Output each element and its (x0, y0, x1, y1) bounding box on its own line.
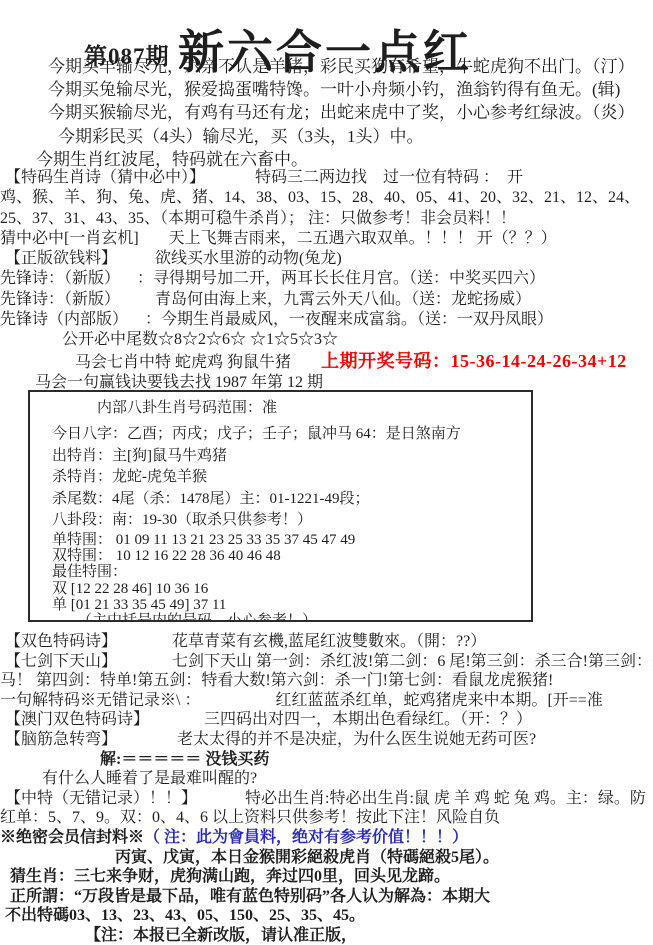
one-zodiac-line: 猜中必中[一肖玄机]天上飞舞吉雨来，二五遇六取双单。！！！ 开（？？） (0, 229, 653, 249)
section-text: 花草青菜有玄機,蓝尾红波雙數來。（開：??） (172, 633, 486, 650)
bagua-row: 最佳特围： (30, 564, 531, 580)
section-label: 先锋诗：（新版） (0, 270, 112, 287)
bagua-row: 单 [01 21 33 35 45 49] 37 11 (30, 597, 531, 613)
bagua-row: 杀特肖：龙蛇-虎兔羊猴 (30, 467, 531, 489)
section-text: 欲线买水里游的动物(兔龙) (155, 250, 342, 267)
riddle-question-2: 有什么人睡着了是最难叫醒的? (0, 769, 653, 789)
special-zodiac-poem-heading: 【特码生肖诗（猜中必中）】特码三二两边找 过一位有特码 ： 开 (0, 168, 653, 188)
bagua-box-title: 内部八卦生肖号码范围：准 (30, 398, 531, 418)
tip-line: 今期买羊输尽光，六亲不认是羊猪，彩民买狗有希望，牛蛇虎狗不出门。（汀） (0, 55, 653, 78)
bagua-row: 八卦段：南：19-30（取杀只供参考！） (30, 510, 531, 532)
section-text: 红红蓝蓝杀红单，蛇鸡猪虎来中本期。[开==准 (275, 692, 602, 709)
bagua-row-note: （主中括号内的号码，小心参考！） (30, 613, 531, 622)
member-note: （ 注：此为會員料，绝对有参考价值！！！） (144, 829, 468, 846)
one-sentence-line: 一句解特码※无错记录※\ ：红红蓝蓝杀红单，蛇鸡猪虎来中本期。[开==准 (0, 691, 653, 711)
section-text: ：寻得期号加二开，两耳长长住月宫。（送：中奖买四六） (137, 270, 545, 287)
section-text: 特必出生肖:特必出生肖:鼠 虎 羊 鸡 蛇 兔 鸡。主：绿。防 (245, 790, 646, 807)
middle-section: 【特码生肖诗（猜中必中）】特码三二两边找 过一位有特码 ： 开 鸡、猴、羊、狗、… (0, 168, 653, 393)
bagua-row: 出特肖：主[狗]鼠马牛鸡猪 (30, 446, 531, 468)
pioneer-poem-line: 先锋诗：（新版）：寻得期号加二开，两耳长长住月宫。（送：中奖买四六） (0, 269, 653, 289)
lower-section: 【双色特码诗】花草青菜有玄機,蓝尾红波雙數來。（開：??） 【七剑下天山】七剑下… (0, 632, 653, 945)
riddle-line: 【脑筋急转弯】老太太得的并不是决症，为什么医生说她无药可医? (0, 730, 653, 750)
section-text: 天上飞舞吉雨来，二五遇六取双单。！！！ 开（？？） (169, 230, 557, 247)
member-label: ※绝密会员信封料※ (0, 829, 144, 846)
section-label: 【正版欲钱料】 (5, 250, 117, 267)
section-label: 先锋诗（内部版） (0, 311, 120, 328)
zhongte-continued: 红单：5、7、9。双：0、4、6 以上资料只供参考！按此下注！风险自负 (0, 808, 653, 828)
section-label: 【双色特码诗】 (5, 633, 117, 650)
bottom-note: 【注：本报已全新改版，请认准正版， (0, 926, 653, 945)
riddle-question: 老太太得的并不是决症，为什么医生说她无药可医? (177, 731, 536, 748)
riddle-answer: 解:＝＝＝＝＝ 没钱买药 (0, 750, 653, 770)
section-text: 三四码出对四一，本期出色看绿红。（开：？） (204, 711, 532, 728)
two-color-poem-line: 【双色特码诗】花草青菜有玄機,蓝尾红波雙數來。（開：??） (0, 632, 653, 652)
seven-swords-continued: 马！ 第四剑：特单!第五剑：特看大数!第六剑：杀一门!第七剑：看鼠龙虎猴猪! (0, 671, 653, 691)
section-label: 【七剑下天山】 (5, 653, 117, 670)
member-envelope-line: ※绝密会员信封料※（ 注：此为會員料，绝对有参考价值！！！） (0, 828, 653, 848)
last-draw-label: 上期开奖号码： (321, 351, 451, 371)
seven-swords-line: 【七剑下天山】七剑下天山 第一剑：杀红波!第二剑：6 尾!第三剑：杀三合!第三剑… (0, 652, 653, 672)
yuqian-line: 【正版欲钱料】欲线买水里游的动物(兔龙) (0, 249, 653, 269)
tip-line: 今期买兔输尽光，猴爱捣蛋嘴特馋。一叶小舟频小钓，渔翁钓得有鱼无。(辑) (0, 78, 653, 101)
zodiac-number-row: 25、37、31、43、35、（本期可稳牛杀肖）； 注：只做参考！非会员料！！ (0, 209, 653, 229)
bottom-line: 丙寅、戊寅，本日金猴開彩絕殺虎肖（特碼絕殺5尾）。 (0, 848, 653, 868)
zodiac-number-row: 鸡、猴、羊、狗、兔、虎、猪、14、38、03、15、28、40、05、41、20… (0, 188, 653, 208)
macau-poem-line: 【澳门双色特码诗】三四码出对四一，本期出色看绿红。（开：？） (0, 710, 653, 730)
seven-zodiac-line: 马会七肖中特 蛇虎鸡 狗鼠牛猪上期开奖号码：15-36-14-24-26-34+… (0, 351, 653, 373)
tip-poems: 今期买羊输尽光，六亲不认是羊猪，彩民买狗有希望，牛蛇虎狗不出门。（汀） 今期买兔… (0, 55, 653, 171)
bottom-line: 正所謂：“万段皆是最下品，唯有蓝色特别码”各人认为解為：本期大 (0, 887, 653, 907)
bagua-row: 今日八字：乙酉；丙戌；戊子；壬子；鼠冲马 64：是日煞南方 (30, 424, 531, 446)
seven-zodiac-text: 马会七肖中特 蛇虎鸡 狗鼠牛猪 (75, 354, 291, 371)
section-label: 【中特（无错记录）！！】 (5, 790, 197, 807)
section-label: 【特码生肖诗（猜中必中）】 (5, 169, 205, 186)
tip-line: 今期买猴输尽光，有鸡有马还有龙；出蛇来虎中了奖，小心参考红绿波。（炎） (0, 101, 653, 124)
section-label: 【澳门双色特码诗】 (5, 711, 149, 728)
lottery-tip-sheet: 第087期 新六合一点红 今期买羊输尽光，六亲不认是羊猪，彩民买狗有希望，牛蛇虎… (0, 0, 653, 945)
bagua-row: 杀尾数：4尾（杀：1478尾）主：01-1221-49段； (30, 489, 531, 511)
section-text: 青岛何由海上来，九霄云外天八仙。（送：龙蛇扬威） (155, 291, 531, 308)
tip-line: 今期彩民买（4头）输尽光，买（3头，1头）中。 (0, 125, 653, 148)
section-text: 七剑下天山 第一剑：杀红波!第二剑：6 尾!第三剑：杀三合!第三剑：杀 (172, 653, 653, 670)
section-label: 【脑筋急转弯】 (5, 731, 117, 748)
section-text: ：今期生肖最威风，一夜醒来成富翁。（送：一双丹凤眼） (145, 311, 553, 328)
zhongte-line: 【中特（无错记录）！！】特必出生肖:特必出生肖:鼠 虎 羊 鸡 蛇 兔 鸡。主：… (0, 789, 653, 809)
pioneer-poem-line: 先锋诗（内部版）：今期生肖最威风，一夜醒来成富翁。（送：一双丹凤眼） (0, 310, 653, 330)
bagua-box: 内部八卦生肖号码范围：准 今日八字：乙酉；丙戌；戊子；壬子；鼠冲马 64：是日煞… (28, 390, 533, 622)
section-label: 一句解特码※无错记录※\ ： (0, 692, 200, 709)
bagua-row: 单特围： 01 09 11 13 21 23 25 33 35 37 45 47… (30, 532, 531, 548)
last-draw-numbers: 15-36-14-24-26-34+12 (451, 351, 627, 371)
bagua-row: 双特围： 10 12 16 22 28 36 40 46 48 (30, 548, 531, 564)
section-text: 特码三二两边找 过一位有特码 ： 开 (255, 169, 523, 186)
section-label: 先锋诗：（新版） (0, 291, 120, 308)
section-label: 猜中必中[一肖玄机] (0, 230, 139, 247)
bottom-line: 猜生肖：三七来争财，虎狗满山跑，奔过四0里，回头见龙蹄。 (0, 867, 653, 887)
bagua-row: 双 [12 22 28 46] 10 36 16 (30, 581, 531, 597)
bottom-line: 不出特碼03、13、23、43、05、150、25、35、45。 (0, 906, 653, 926)
tail-numbers-line: 公开必中尾数☆8☆2☆6☆ ☆1☆5☆3☆ (0, 330, 653, 350)
pioneer-poem-line: 先锋诗：（新版）青岛何由海上来，九霄云外天八仙。（送：龙蛇扬威） (0, 290, 653, 310)
